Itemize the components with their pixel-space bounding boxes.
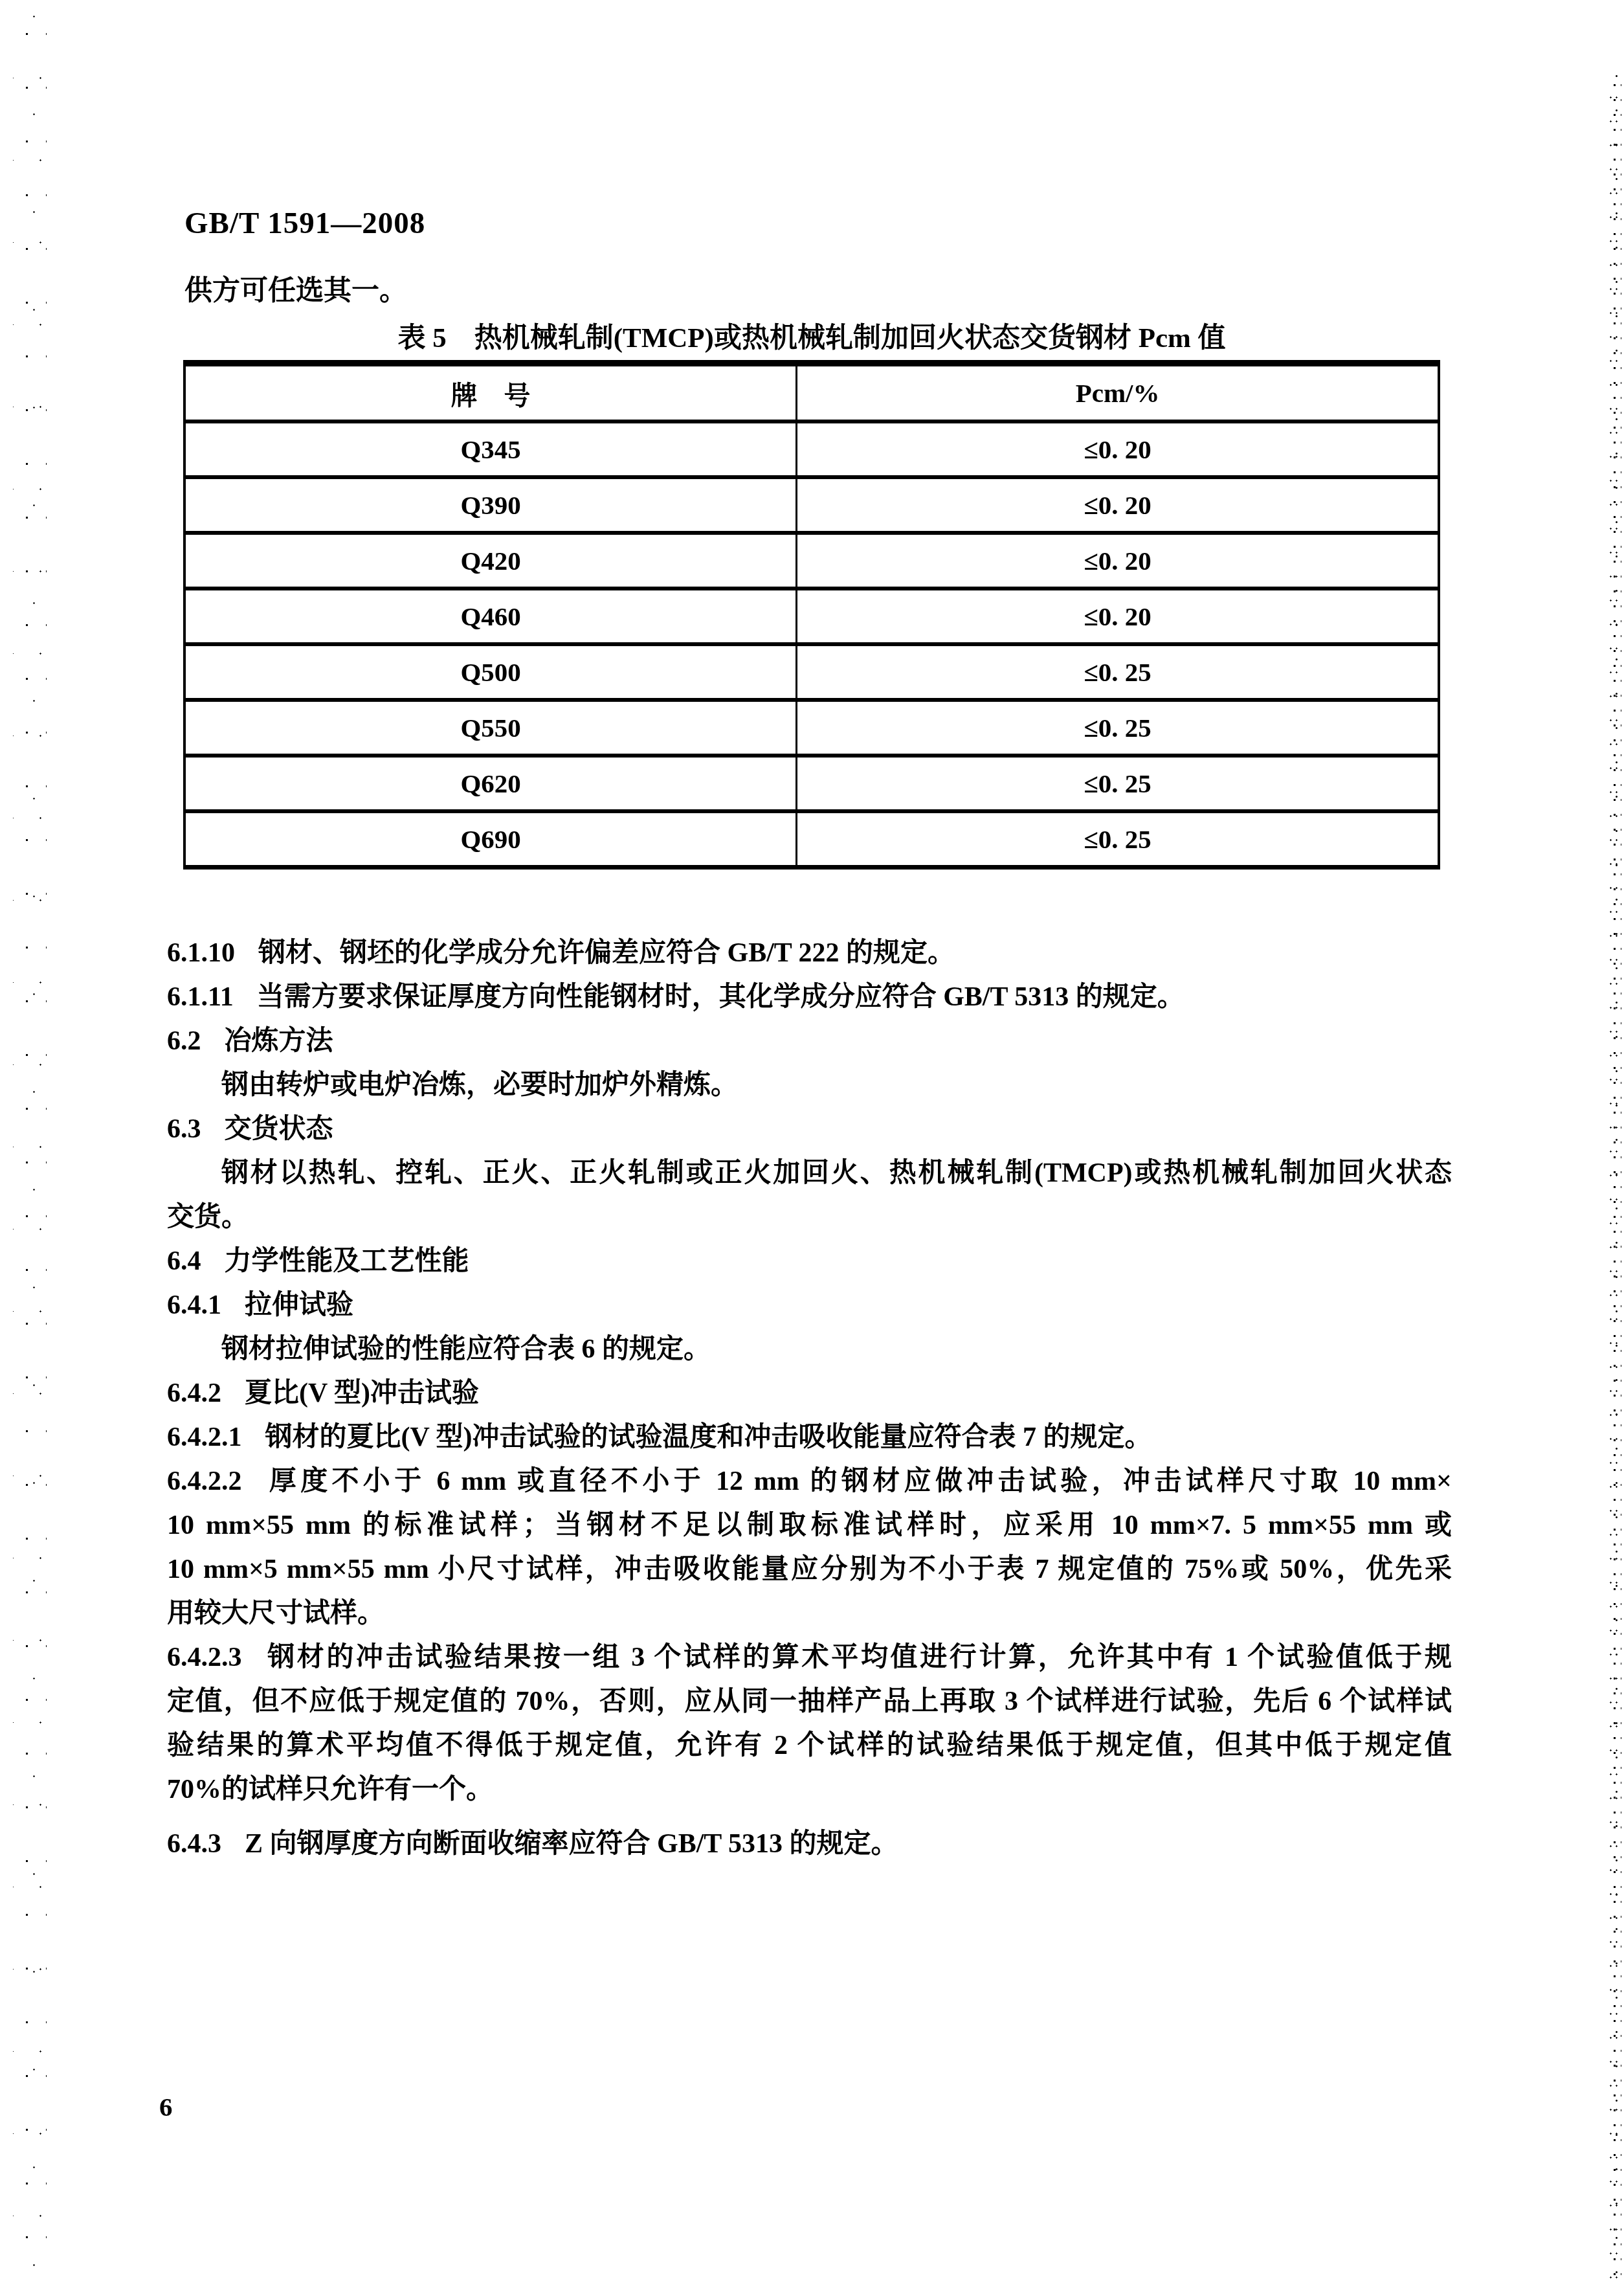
clause-text: 70%的试样只允许有一个。	[167, 1775, 493, 1804]
page-number: 6	[159, 2091, 173, 2122]
body-line: 10 mm×5 mm×55 mm 小尺寸试样，冲击吸收能量应分别为不小于表 7 …	[167, 1547, 1452, 1591]
body-line: 用较大尺寸试样。	[167, 1591, 1452, 1635]
table-row: Q550 ≤0. 25	[184, 700, 1439, 756]
clause-number: 6.4.2.3	[167, 1643, 242, 1672]
clause-text: 10 mm×5 mm×55 mm 小尺寸试样，冲击吸收能量应分别为不小于表 7 …	[167, 1555, 1452, 1584]
clause-text: 交货状态	[225, 1114, 333, 1144]
pcm-cell: ≤0. 25	[797, 644, 1439, 700]
body-line: 6.2冶炼方法	[167, 1019, 1452, 1063]
clause-text: 冶炼方法	[225, 1026, 333, 1056]
clause-text: 钢材的夏比(V 型)冲击试验的试验温度和冲击吸收能量应符合表 7 的规定。	[265, 1422, 1152, 1452]
grade-cell: Q420	[184, 533, 797, 589]
grade-cell: Q550	[184, 700, 797, 756]
body-text: 6.1.10钢材、钢坯的化学成分允许偏差应符合 GB/T 222 的规定。 6.…	[167, 931, 1452, 1866]
clause-number: 6.3	[167, 1114, 201, 1144]
body-line: 6.1.11当需方要求保证厚度方向性能钢材时，其化学成分应符合 GB/T 531…	[167, 975, 1452, 1019]
clause-text: Z 向钢厚度方向断面收缩率应符合 GB/T 5313 的规定。	[245, 1829, 898, 1859]
clause-text: 验结果的算术平均值不得低于规定值，允许有 2 个试样的试验结果低于规定值，但其中…	[167, 1731, 1452, 1760]
grade-cell: Q690	[184, 811, 797, 868]
clause-text: 用较大尺寸试样。	[167, 1599, 384, 1628]
grade-cell: Q345	[184, 421, 797, 477]
clause-text: 定值，但不应低于规定值的 70%，否则，应从同一抽样产品上再取 3 个试样进行试…	[167, 1687, 1452, 1716]
clause-number: 6.1.10	[167, 938, 235, 968]
scan-noise-left-band	[13, 0, 47, 2279]
clause-number: 6.4.3	[167, 1829, 221, 1859]
table-header-row: 牌 号 Pcm/%	[184, 363, 1439, 421]
body-line: 6.4.2.3钢材的冲击试验结果按一组 3 个试样的算术平均值进行计算，允许其中…	[167, 1635, 1452, 1679]
clause-number: 6.4.2	[167, 1378, 221, 1408]
grade-cell: Q460	[184, 589, 797, 644]
body-line: 钢材以热轧、控轧、正火、正火轧制或正火加回火、热机械轧制(TMCP)或热机械轧制…	[167, 1151, 1452, 1195]
pcm-cell: ≤0. 20	[797, 421, 1439, 477]
table-row: Q620 ≤0. 25	[184, 756, 1439, 811]
pcm-cell: ≤0. 25	[797, 811, 1439, 868]
clause-number: 6.4.1	[167, 1290, 221, 1320]
body-line: 验结果的算术平均值不得低于规定值，允许有 2 个试样的试验结果低于规定值，但其中…	[167, 1723, 1452, 1768]
body-line: 6.3交货状态	[167, 1107, 1452, 1151]
intro-text: 供方可任选其一。	[184, 269, 407, 308]
body-line: 钢材拉伸试验的性能应符合表 6 的规定。	[167, 1327, 1452, 1371]
table5-title: 表 5 热机械轧制(TMCP)或热机械轧制加回火状态交货钢材 Pcm 值	[183, 316, 1440, 355]
grade-cell: Q620	[184, 756, 797, 811]
clause-text: 当需方要求保证厚度方向性能钢材时，其化学成分应符合 GB/T 5313 的规定。	[257, 982, 1185, 1012]
clause-text: 钢材、钢坯的化学成分允许偏差应符合 GB/T 222 的规定。	[258, 938, 955, 968]
clause-text: 力学性能及工艺性能	[225, 1246, 469, 1276]
table-row: Q690 ≤0. 25	[184, 811, 1439, 868]
body-line: 6.4.2夏比(V 型)冲击试验	[167, 1371, 1452, 1415]
clause-text: 钢材拉伸试验的性能应符合表 6 的规定。	[221, 1334, 711, 1364]
table-row: Q460 ≤0. 20	[184, 589, 1439, 644]
grade-cell: Q500	[184, 644, 797, 700]
clause-number: 6.4.2.1	[167, 1422, 242, 1452]
grade-cell: Q390	[184, 477, 797, 533]
clause-text: 拉伸试验	[245, 1290, 353, 1320]
clause-number: 6.1.11	[167, 982, 234, 1012]
clause-text: 钢由转炉或电炉冶炼，必要时加炉外精炼。	[221, 1070, 738, 1100]
body-line: 6.4力学性能及工艺性能	[167, 1239, 1452, 1283]
column-header-pcm: Pcm/%	[797, 363, 1439, 421]
pcm-cell: ≤0. 25	[797, 756, 1439, 811]
body-line: 6.4.1拉伸试验	[167, 1283, 1452, 1327]
table-row: Q390 ≤0. 20	[184, 477, 1439, 533]
body-line: 6.4.3Z 向钢厚度方向断面收缩率应符合 GB/T 5313 的规定。	[167, 1822, 1452, 1866]
column-header-grade: 牌 号	[184, 363, 797, 421]
scanned-document-page: GB/T 1591—2008 供方可任选其一。 表 5 热机械轧制(TMCP)或…	[0, 0, 1624, 2279]
body-line: 70%的试样只允许有一个。	[167, 1768, 1452, 1812]
clause-number: 6.2	[167, 1026, 201, 1056]
body-line: 6.1.10钢材、钢坯的化学成分允许偏差应符合 GB/T 222 的规定。	[167, 931, 1452, 975]
table-row: Q420 ≤0. 20	[184, 533, 1439, 589]
body-line: 10 mm×55 mm 的标准试样；当钢材不足以制取标准试样时，应采用 10 m…	[167, 1503, 1452, 1547]
clause-text: 钢材的冲击试验结果按一组 3 个试样的算术平均值进行计算，允许其中有 1 个试验…	[265, 1643, 1452, 1672]
clause-text: 交货。	[167, 1202, 249, 1232]
pcm-cell: ≤0. 20	[797, 533, 1439, 589]
table-row: Q500 ≤0. 25	[184, 644, 1439, 700]
clause-text: 10 mm×55 mm 的标准试样；当钢材不足以制取标准试样时，应采用 10 m…	[167, 1510, 1452, 1540]
clause-text: 厚度不小于 6 mm 或直径不小于 12 mm 的钢材应做冲击试验，冲击试样尺寸…	[265, 1466, 1452, 1496]
body-line: 6.4.2.2厚度不小于 6 mm 或直径不小于 12 mm 的钢材应做冲击试验…	[167, 1459, 1452, 1503]
pcm-cell: ≤0. 20	[797, 477, 1439, 533]
body-line: 定值，但不应低于规定值的 70%，否则，应从同一抽样产品上再取 3 个试样进行试…	[167, 1679, 1452, 1723]
pcm-cell: ≤0. 20	[797, 589, 1439, 644]
standard-code-header: GB/T 1591—2008	[184, 206, 425, 241]
table-row: Q345 ≤0. 20	[184, 421, 1439, 477]
clause-number: 6.4.2.2	[167, 1466, 242, 1496]
scan-noise-right-band	[1610, 74, 1621, 2279]
body-line: 交货。	[167, 1195, 1452, 1239]
body-line: 6.4.2.1钢材的夏比(V 型)冲击试验的试验温度和冲击吸收能量应符合表 7 …	[167, 1415, 1452, 1459]
clause-number: 6.4	[167, 1246, 201, 1276]
table5: 牌 号 Pcm/% Q345 ≤0. 20 Q390 ≤0. 20 Q420 ≤…	[183, 360, 1440, 870]
body-line: 钢由转炉或电炉冶炼，必要时加炉外精炼。	[167, 1063, 1452, 1107]
clause-text: 钢材以热轧、控轧、正火、正火轧制或正火加回火、热机械轧制(TMCP)或热机械轧制…	[221, 1158, 1452, 1188]
pcm-cell: ≤0. 25	[797, 700, 1439, 756]
clause-text: 夏比(V 型)冲击试验	[245, 1378, 479, 1408]
